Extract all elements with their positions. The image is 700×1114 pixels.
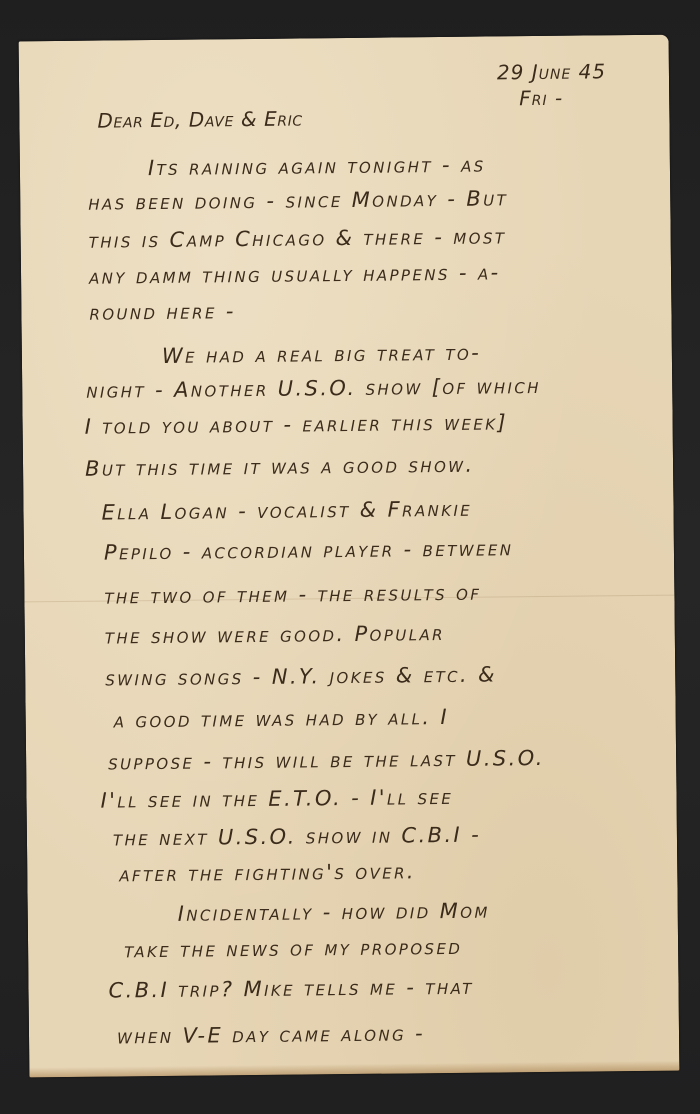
letter-date: 29 June 45 [497, 61, 606, 82]
letter-page: 29 June 45 Fri - Dear Ed, Dave & Eric It… [19, 35, 680, 1078]
letter-line: Ella Logan - vocalist & Frankie [101, 499, 472, 524]
letter-line: night - Another U.S.O. show [of which [86, 376, 541, 402]
letter-line: But this time it was a good show. [85, 455, 475, 480]
letter-line: Pepilo - accordian player - between [104, 538, 514, 563]
letter-line: a good time was had by all. I [114, 707, 450, 732]
letter-line: C.B.I trip? Mike tells me - that [108, 977, 473, 1002]
letter-line: this is Camp Chicago & there - most [89, 226, 507, 251]
letter-day: Fri - [519, 88, 563, 108]
letter-line: the show were good. Popular [105, 623, 445, 648]
letter-line: the next U.S.O. show in C.B.I - [113, 825, 481, 850]
letter-line: after the fighting's over. [119, 861, 416, 885]
letter-line: has been doing - since Monday - But [88, 188, 508, 213]
letter-line: when V-E day came along - [117, 1023, 425, 1047]
letter-line: I told you about - earlier this week] [85, 412, 509, 437]
letter-line: I'll see in the E.T.O. - I'll see [100, 787, 453, 812]
letter-line: We had a real big treat to- [162, 343, 481, 367]
letter-line: Its raining again tonight - as [148, 155, 486, 180]
letter-salutation: Dear Ed, Dave & Eric [97, 108, 303, 130]
letter-line: suppose - this will be the last U.S.O. [108, 748, 545, 774]
letter-line: take the news of my proposed [124, 937, 462, 962]
letter-line: Incidentally - how did Mom [178, 901, 490, 925]
letter-line: any damm thing usually happens - a- [89, 262, 501, 287]
scan-background: 29 June 45 Fri - Dear Ed, Dave & Eric It… [0, 0, 700, 1114]
letter-line: the two of them - the results of [104, 583, 481, 608]
letter-line: round here - [89, 301, 236, 324]
letter-line: swing songs - N.Y. jokes & etc. & [105, 664, 497, 689]
